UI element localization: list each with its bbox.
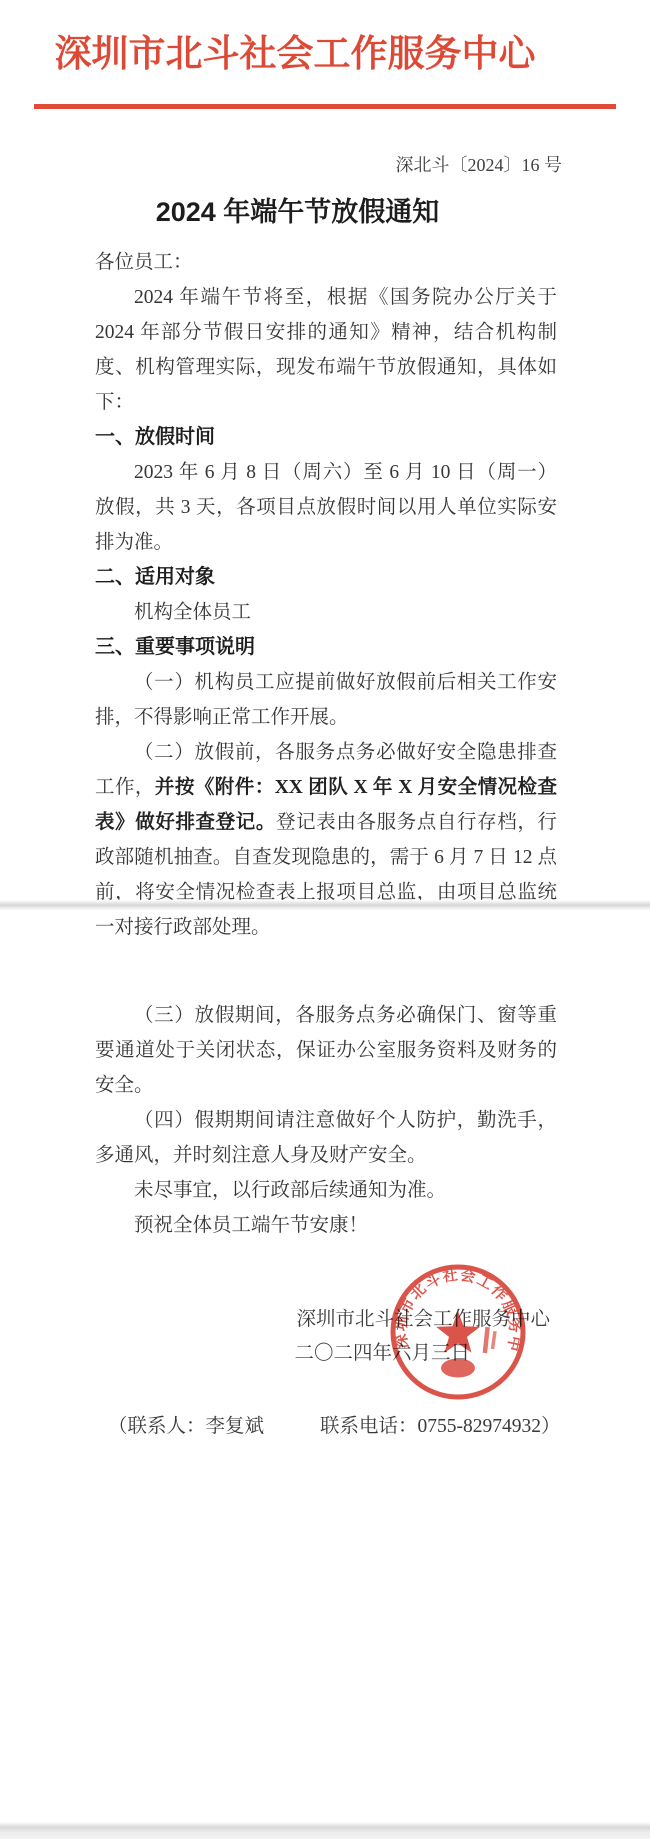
section-heading-1: 一、放假时间 (95, 420, 557, 455)
signature-date: 二〇二四年六月三日 (0, 1337, 650, 1371)
notice-body-page-2: （三）放假期间，各服务点务必确保门、窗等重要通道处于关闭状态，保证办公室服务资料… (95, 998, 557, 1243)
page-bottom-edge (0, 1822, 650, 1839)
page-break-line (0, 900, 650, 910)
star-icon (436, 1311, 480, 1353)
section-heading-3: 三、重要事项说明 (95, 630, 557, 665)
contact-phone: 联系电话：0755-82974932） (320, 1410, 561, 1444)
section-3-item-2: （二）放假前，各服务点务必做好安全隐患排查工作，并按《附件：XX 团队 X 年 … (95, 735, 557, 945)
closing-line-1: 未尽事宜，以行政部后续通知为准。 (95, 1173, 557, 1208)
seal-mark-2 (491, 1331, 497, 1349)
section-1-body: 2023 年 6 月 8 日（周六）至 6 月 10 日（周一）放假，共 3 天… (95, 455, 557, 560)
document-page: 深圳市北斗社会工作服务中心 深北斗〔2024〕16 号 2024 年端午节放假通… (0, 0, 650, 1839)
letterhead-org-name: 深圳市北斗社会工作服务中心 (0, 26, 650, 84)
letterhead-divider (34, 104, 616, 109)
salutation: 各位员工： (95, 245, 557, 280)
seal-code-blob (441, 1359, 475, 1378)
signature-org: 深圳市北斗社会工作服务中心 (0, 1303, 650, 1337)
section-2-body: 机构全体员工 (95, 595, 557, 630)
section-3-item-1: （一）机构员工应提前做好放假前后相关工作安排，不得影响正常工作开展。 (95, 665, 557, 735)
official-seal: 深圳市北斗社会工作服务中心 (383, 1257, 533, 1407)
section-3-item-3: （三）放假期间，各服务点务必确保门、窗等重要通道处于关闭状态，保证办公室服务资料… (95, 998, 557, 1103)
intro-paragraph: 2024 年端午节将至，根据《国务院办公厅关于 2024 年部分节假日安排的通知… (95, 280, 557, 420)
closing-line-2: 预祝全体员工端午节安康！ (95, 1208, 557, 1243)
doc-number: 深北斗〔2024〕16 号 (0, 150, 650, 180)
contact-line: （联系人：李复斌联系电话：0755-82974932） (108, 1410, 561, 1444)
contact-person: （联系人：李复斌 (108, 1416, 264, 1437)
notice-title: 2024 年端午节放假通知 (0, 190, 650, 234)
section-heading-2: 二、适用对象 (95, 560, 557, 595)
notice-body-page-1: 各位员工： 2024 年端午节将至，根据《国务院办公厅关于 2024 年部分节假… (95, 245, 557, 945)
section-3-item-4: （四）假期期间请注意做好个人防护，勤洗手，多通风，并时刻注意人身及财产安全。 (95, 1103, 557, 1173)
seal-mark-1 (483, 1327, 490, 1353)
